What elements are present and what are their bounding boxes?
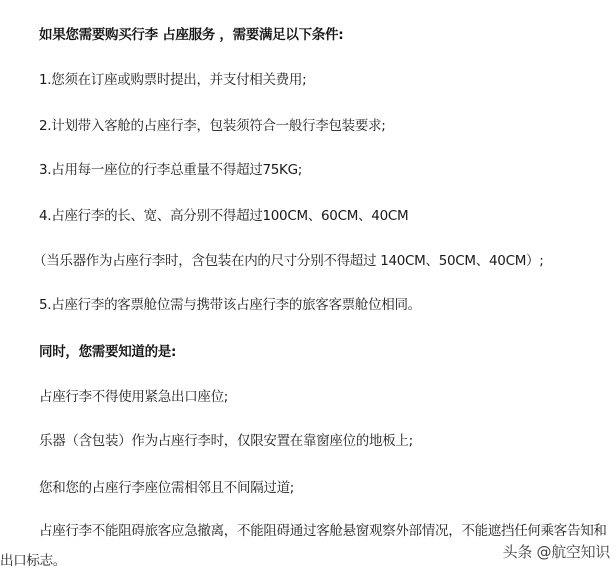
condition-2: 2.计划带入客舱的占座行李，包装须符合一般行李包装要求; (39, 117, 386, 135)
condition-3: 3.占用每一座位的行李总重量不得超过75KG; (39, 161, 302, 179)
condition-4: 4.占座行李的长、宽、高分别不得超过100CM、60CM、40CM (39, 207, 408, 225)
note-3: 您和您的占座行李座位需相邻且不间隔过道; (39, 479, 294, 497)
heading-conditions: 如果您需要购买行李 占座服务 ，需要满足以下条件: (39, 26, 343, 44)
heading-notes: 同时，您需要知道的是: (39, 343, 176, 361)
condition-5: 5.占座行李的客票舱位需与携带该占座行李的旅客客票舱位相同。 (39, 296, 421, 314)
condition-1: 1.您须在订座或购票时提出，并支付相关费用; (39, 71, 306, 89)
note-2: 乐器（含包装）作为占座行李时，仅限安置在靠窗座位的地板上; (39, 432, 413, 450)
note-1: 占座行李不得使用紧急出口座位; (39, 388, 228, 406)
watermark: 头条 @航空知识 (503, 541, 610, 562)
condition-4-note: （当乐器作为占座行李时，含包装在内的尺寸分别不得超过 140CM、50CM、40… (33, 252, 544, 270)
